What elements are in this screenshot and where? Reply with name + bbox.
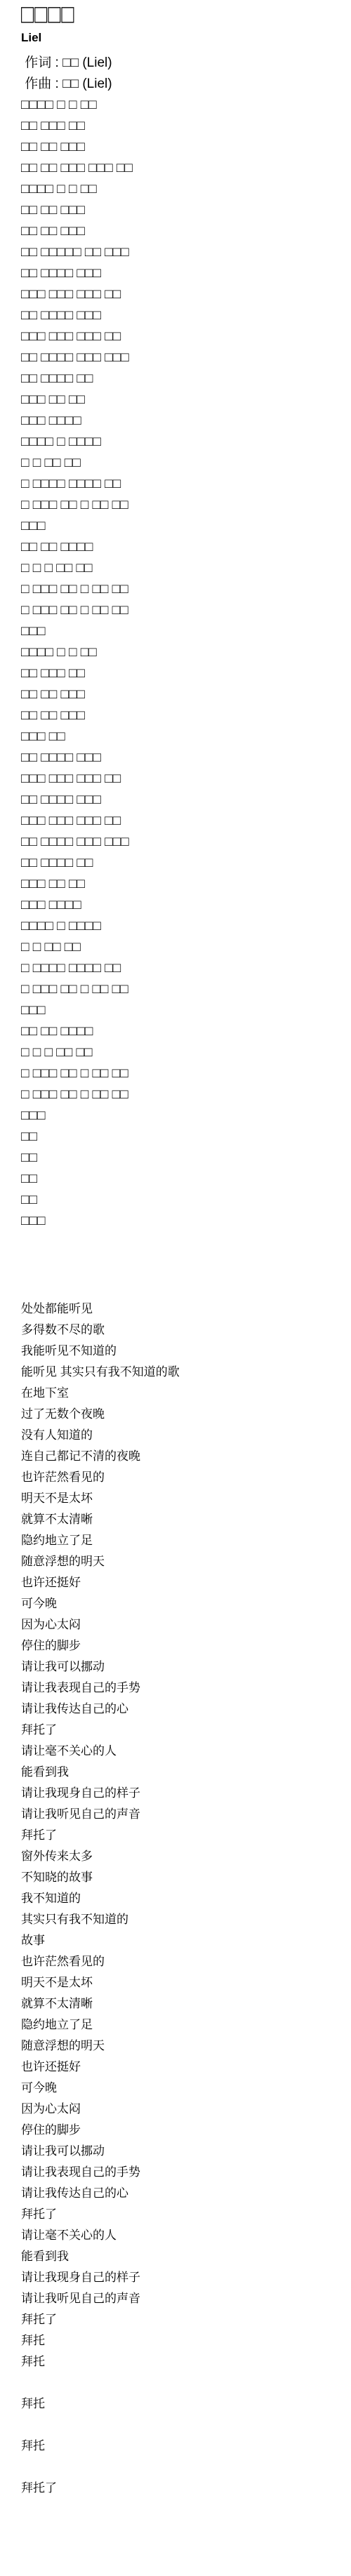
lyric-line: □□□ bbox=[21, 1000, 344, 1021]
translation-line: 请让毫不关心的人 bbox=[21, 1741, 344, 1762]
lyric-line: □□□ □□ bbox=[21, 726, 344, 748]
lyric-line: □□□□ □ □□□□ bbox=[21, 432, 344, 453]
lyric-line: 作词 : □□ (Liel) bbox=[21, 53, 344, 74]
translation-line: 请让毫不关心的人 bbox=[21, 2225, 344, 2246]
translation-line: 不知晓的故事 bbox=[21, 1867, 344, 1888]
lyric-line: □□ □□ □□□ bbox=[21, 200, 344, 221]
translation-line: 请让我现身自己的样子 bbox=[21, 2267, 344, 2288]
lyric-line: □□ □□□ □□ bbox=[21, 116, 344, 137]
lyric-line: □□ □□ □□□ □□□ □□ bbox=[21, 158, 344, 179]
translation-line: 请让我传达自己的心 bbox=[21, 1699, 344, 1720]
lyric-line: □□ □□ □□□□ bbox=[21, 1021, 344, 1042]
translation-line: 在地下室 bbox=[21, 1383, 344, 1404]
translation-line: 连自己都记不清的夜晚 bbox=[21, 1446, 344, 1467]
lyric-line: □ □□□□ □□□□ □□ bbox=[21, 958, 344, 979]
translation-line bbox=[21, 2372, 344, 2394]
lyric-line: □□ □□ □□□ bbox=[21, 221, 344, 242]
translation-line: 拜托 bbox=[21, 2394, 344, 2415]
lyric-line: □□ □□ □□□ bbox=[21, 684, 344, 705]
translation-line: 窗外传来太多 bbox=[21, 1846, 344, 1867]
translation-line: 拜托了 bbox=[21, 2478, 344, 2499]
lyric-line: □□□ bbox=[21, 1106, 344, 1127]
translation-line: 请让我听见自己的声音 bbox=[21, 2288, 344, 2309]
translation-line: 能看到我 bbox=[21, 1762, 344, 1783]
lyric-line: □□ □□□□ □□□ □□□ bbox=[21, 832, 344, 853]
lyric-line: □ □ □□ □□ bbox=[21, 937, 344, 958]
lyric-line: □□ □□□□ □□□ bbox=[21, 305, 344, 326]
lyric-line: □□□□ □ □ □□ bbox=[21, 642, 344, 663]
translation-line: 明天不是太坏 bbox=[21, 1972, 344, 1993]
translation-line: 随意浮想的明天 bbox=[21, 1551, 344, 1572]
lyric-line: □□ □□□□ □□□ bbox=[21, 748, 344, 769]
translation-line: 拜托了 bbox=[21, 1825, 344, 1846]
translation-line: 请让我听见自己的声音 bbox=[21, 1804, 344, 1825]
lyric-line: □□□ bbox=[21, 1211, 344, 1232]
lyric-line: □□ □□□□ □□ bbox=[21, 369, 344, 390]
translation-line: 请让我表现自己的手势 bbox=[21, 1678, 344, 1699]
lyric-line: □□□ □□□ □□□ □□ bbox=[21, 284, 344, 305]
translation-line: 过了无数个夜晚 bbox=[21, 1404, 344, 1425]
lyric-line: □□ □□□□ □□ bbox=[21, 853, 344, 874]
lyric-line: □□ bbox=[21, 1190, 344, 1211]
original-lyrics-block: 作词 : □□ (Liel) 作曲 : □□ (Liel)□□□□ □ □ □□… bbox=[21, 53, 344, 1232]
translation-line: 也许茫然看见的 bbox=[21, 1951, 344, 1972]
translation-line: 其实只有我不知道的 bbox=[21, 1909, 344, 1930]
lyric-line: □ □ □ □□ □□ bbox=[21, 1042, 344, 1063]
lyric-line: □□□ □□□ □□□ □□ bbox=[21, 769, 344, 790]
lyric-line: □ □□□□ □□□□ □□ bbox=[21, 474, 344, 495]
translation-line: 也许茫然看见的 bbox=[21, 1467, 344, 1488]
lyric-line: □□□□ □ □ □□ bbox=[21, 95, 344, 116]
translation-line bbox=[21, 2415, 344, 2436]
lyric-line: □□□□ □ □ □□ bbox=[21, 179, 344, 200]
song-title-text: □□□□ bbox=[21, 0, 74, 32]
translation-line: 请让我可以挪动 bbox=[21, 2141, 344, 2162]
lyric-line: □□□ □□ □□ bbox=[21, 874, 344, 895]
lyric-line: □□ □□ □□□ bbox=[21, 705, 344, 726]
translation-line: 隐约地立了足 bbox=[21, 1530, 344, 1551]
lyric-line: □ □□□ □□ □ □□ □□ bbox=[21, 579, 344, 600]
lyric-line: □□ □□□□ □□□ □□□ bbox=[21, 347, 344, 369]
translation-line: 拜托了 bbox=[21, 2204, 344, 2225]
translation-line: 也许还挺好 bbox=[21, 1572, 344, 1593]
translation-line: 处处都能听见 bbox=[21, 1299, 344, 1320]
lyric-line: □ □□□ □□ □ □□ □□ bbox=[21, 495, 344, 516]
lyric-line: □□□□ □ □□□□ bbox=[21, 916, 344, 937]
translation-line: 就算不太清晰 bbox=[21, 1509, 344, 1530]
translation-line: 就算不太清晰 bbox=[21, 1993, 344, 2014]
lyric-line: □□ □□ □□□ bbox=[21, 137, 344, 158]
translation-line: 我不知道的 bbox=[21, 1888, 344, 1909]
translation-line bbox=[21, 2457, 344, 2478]
translation-line: 拜托了 bbox=[21, 1720, 344, 1741]
translation-line: 请让我可以挪动 bbox=[21, 1657, 344, 1678]
lyric-line: 作曲 : □□ (Liel) bbox=[21, 74, 344, 95]
lyric-line: □□ bbox=[21, 1127, 344, 1148]
translation-line: 隐约地立了足 bbox=[21, 2014, 344, 2036]
translation-line: 拜托 bbox=[21, 2436, 344, 2457]
translation-line: 多得数不尽的歌 bbox=[21, 1320, 344, 1341]
translation-line: 也许还挺好 bbox=[21, 2057, 344, 2078]
lyric-line: □ □□□ □□ □ □□ □□ bbox=[21, 1063, 344, 1084]
translated-lyrics-block: 处处都能听见多得数不尽的歌我能听见不知道的能听见 其实只有我不知道的歌在地下室过… bbox=[21, 1299, 344, 2499]
translation-line: 请让我现身自己的样子 bbox=[21, 1783, 344, 1804]
lyric-line: □□ □□□ □□ bbox=[21, 663, 344, 684]
lyric-line: □□□ bbox=[21, 516, 344, 537]
lyric-line: □ □ □ □□ □□ bbox=[21, 558, 344, 579]
lyric-line: □ □□□ □□ □ □□ □□ bbox=[21, 979, 344, 1000]
translation-line: 没有人知道的 bbox=[21, 1425, 344, 1446]
translation-line: 拜托 bbox=[21, 2351, 344, 2372]
lyric-line: □□□ bbox=[21, 621, 344, 642]
translation-line: 请让我表现自己的手势 bbox=[21, 2162, 344, 2183]
translation-line: 可今晚 bbox=[21, 2078, 344, 2099]
lyric-line: □□ □□ □□□□ bbox=[21, 537, 344, 558]
translation-line: 因为心太闷 bbox=[21, 2099, 344, 2120]
lyric-line: □□□ □□□ □□□ □□ bbox=[21, 326, 344, 347]
translation-line: 停住的脚步 bbox=[21, 1635, 344, 1657]
lyric-line: □ □□□ □□ □ □□ □□ bbox=[21, 1084, 344, 1106]
lyric-line: □ □□□ □□ □ □□ □□ bbox=[21, 600, 344, 621]
translation-line: 明天不是太坏 bbox=[21, 1488, 344, 1509]
translation-line: 拜托了 bbox=[21, 2309, 344, 2330]
translation-line: 能看到我 bbox=[21, 2246, 344, 2267]
song-title: □□□□ bbox=[21, 1, 344, 29]
lyric-line: □□□ □□□□ bbox=[21, 895, 344, 916]
translation-line: 可今晚 bbox=[21, 1593, 344, 1614]
lyric-line: □□ □□□□□ □□ □□□ bbox=[21, 242, 344, 263]
lyric-line: □□ bbox=[21, 1148, 344, 1169]
translation-line: 因为心太闷 bbox=[21, 1614, 344, 1635]
translation-line: 停住的脚步 bbox=[21, 2120, 344, 2141]
lyric-line: □□□ □□□ □□□ □□ bbox=[21, 811, 344, 832]
lyric-line: □□□ □□□□ bbox=[21, 411, 344, 432]
translation-line: 请让我传达自己的心 bbox=[21, 2183, 344, 2204]
lyric-line: □□ bbox=[21, 1169, 344, 1190]
translation-line: 拜托 bbox=[21, 2330, 344, 2351]
lyric-line: □ □ □□ □□ bbox=[21, 453, 344, 474]
lyric-line: □□□ □□ □□ bbox=[21, 390, 344, 411]
translation-line: 能听见 其实只有我不知道的歌 bbox=[21, 1362, 344, 1383]
lyric-line: □□ □□□□ □□□ bbox=[21, 263, 344, 284]
translation-line: 故事 bbox=[21, 1930, 344, 1951]
translation-line: 我能听见不知道的 bbox=[21, 1341, 344, 1362]
lyric-line: □□ □□□□ □□□ bbox=[21, 790, 344, 811]
translation-line: 随意浮想的明天 bbox=[21, 2036, 344, 2057]
lyrics-page: □□□□ Liel 作词 : □□ (Liel) 作曲 : □□ (Liel)□… bbox=[0, 0, 351, 2499]
